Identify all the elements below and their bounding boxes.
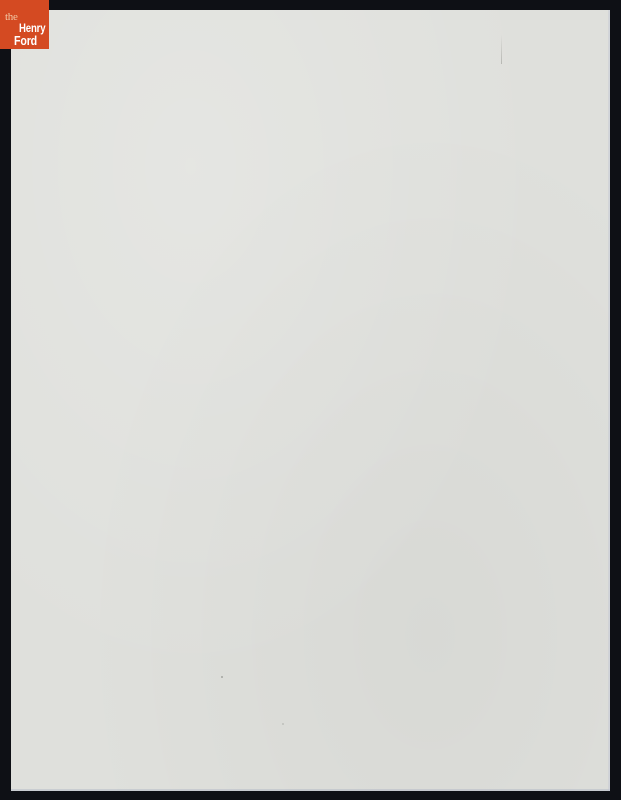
scanned-paper-sheet (11, 10, 610, 791)
logo-text-the: the (5, 12, 18, 23)
the-henry-ford-logo: the Henry Ford (0, 0, 49, 49)
faint-pencil-mark (501, 34, 502, 64)
paper-speck (282, 723, 284, 725)
paper-right-edge (608, 10, 610, 791)
logo-text-ford: Ford (14, 34, 37, 47)
paper-speck (221, 676, 223, 678)
